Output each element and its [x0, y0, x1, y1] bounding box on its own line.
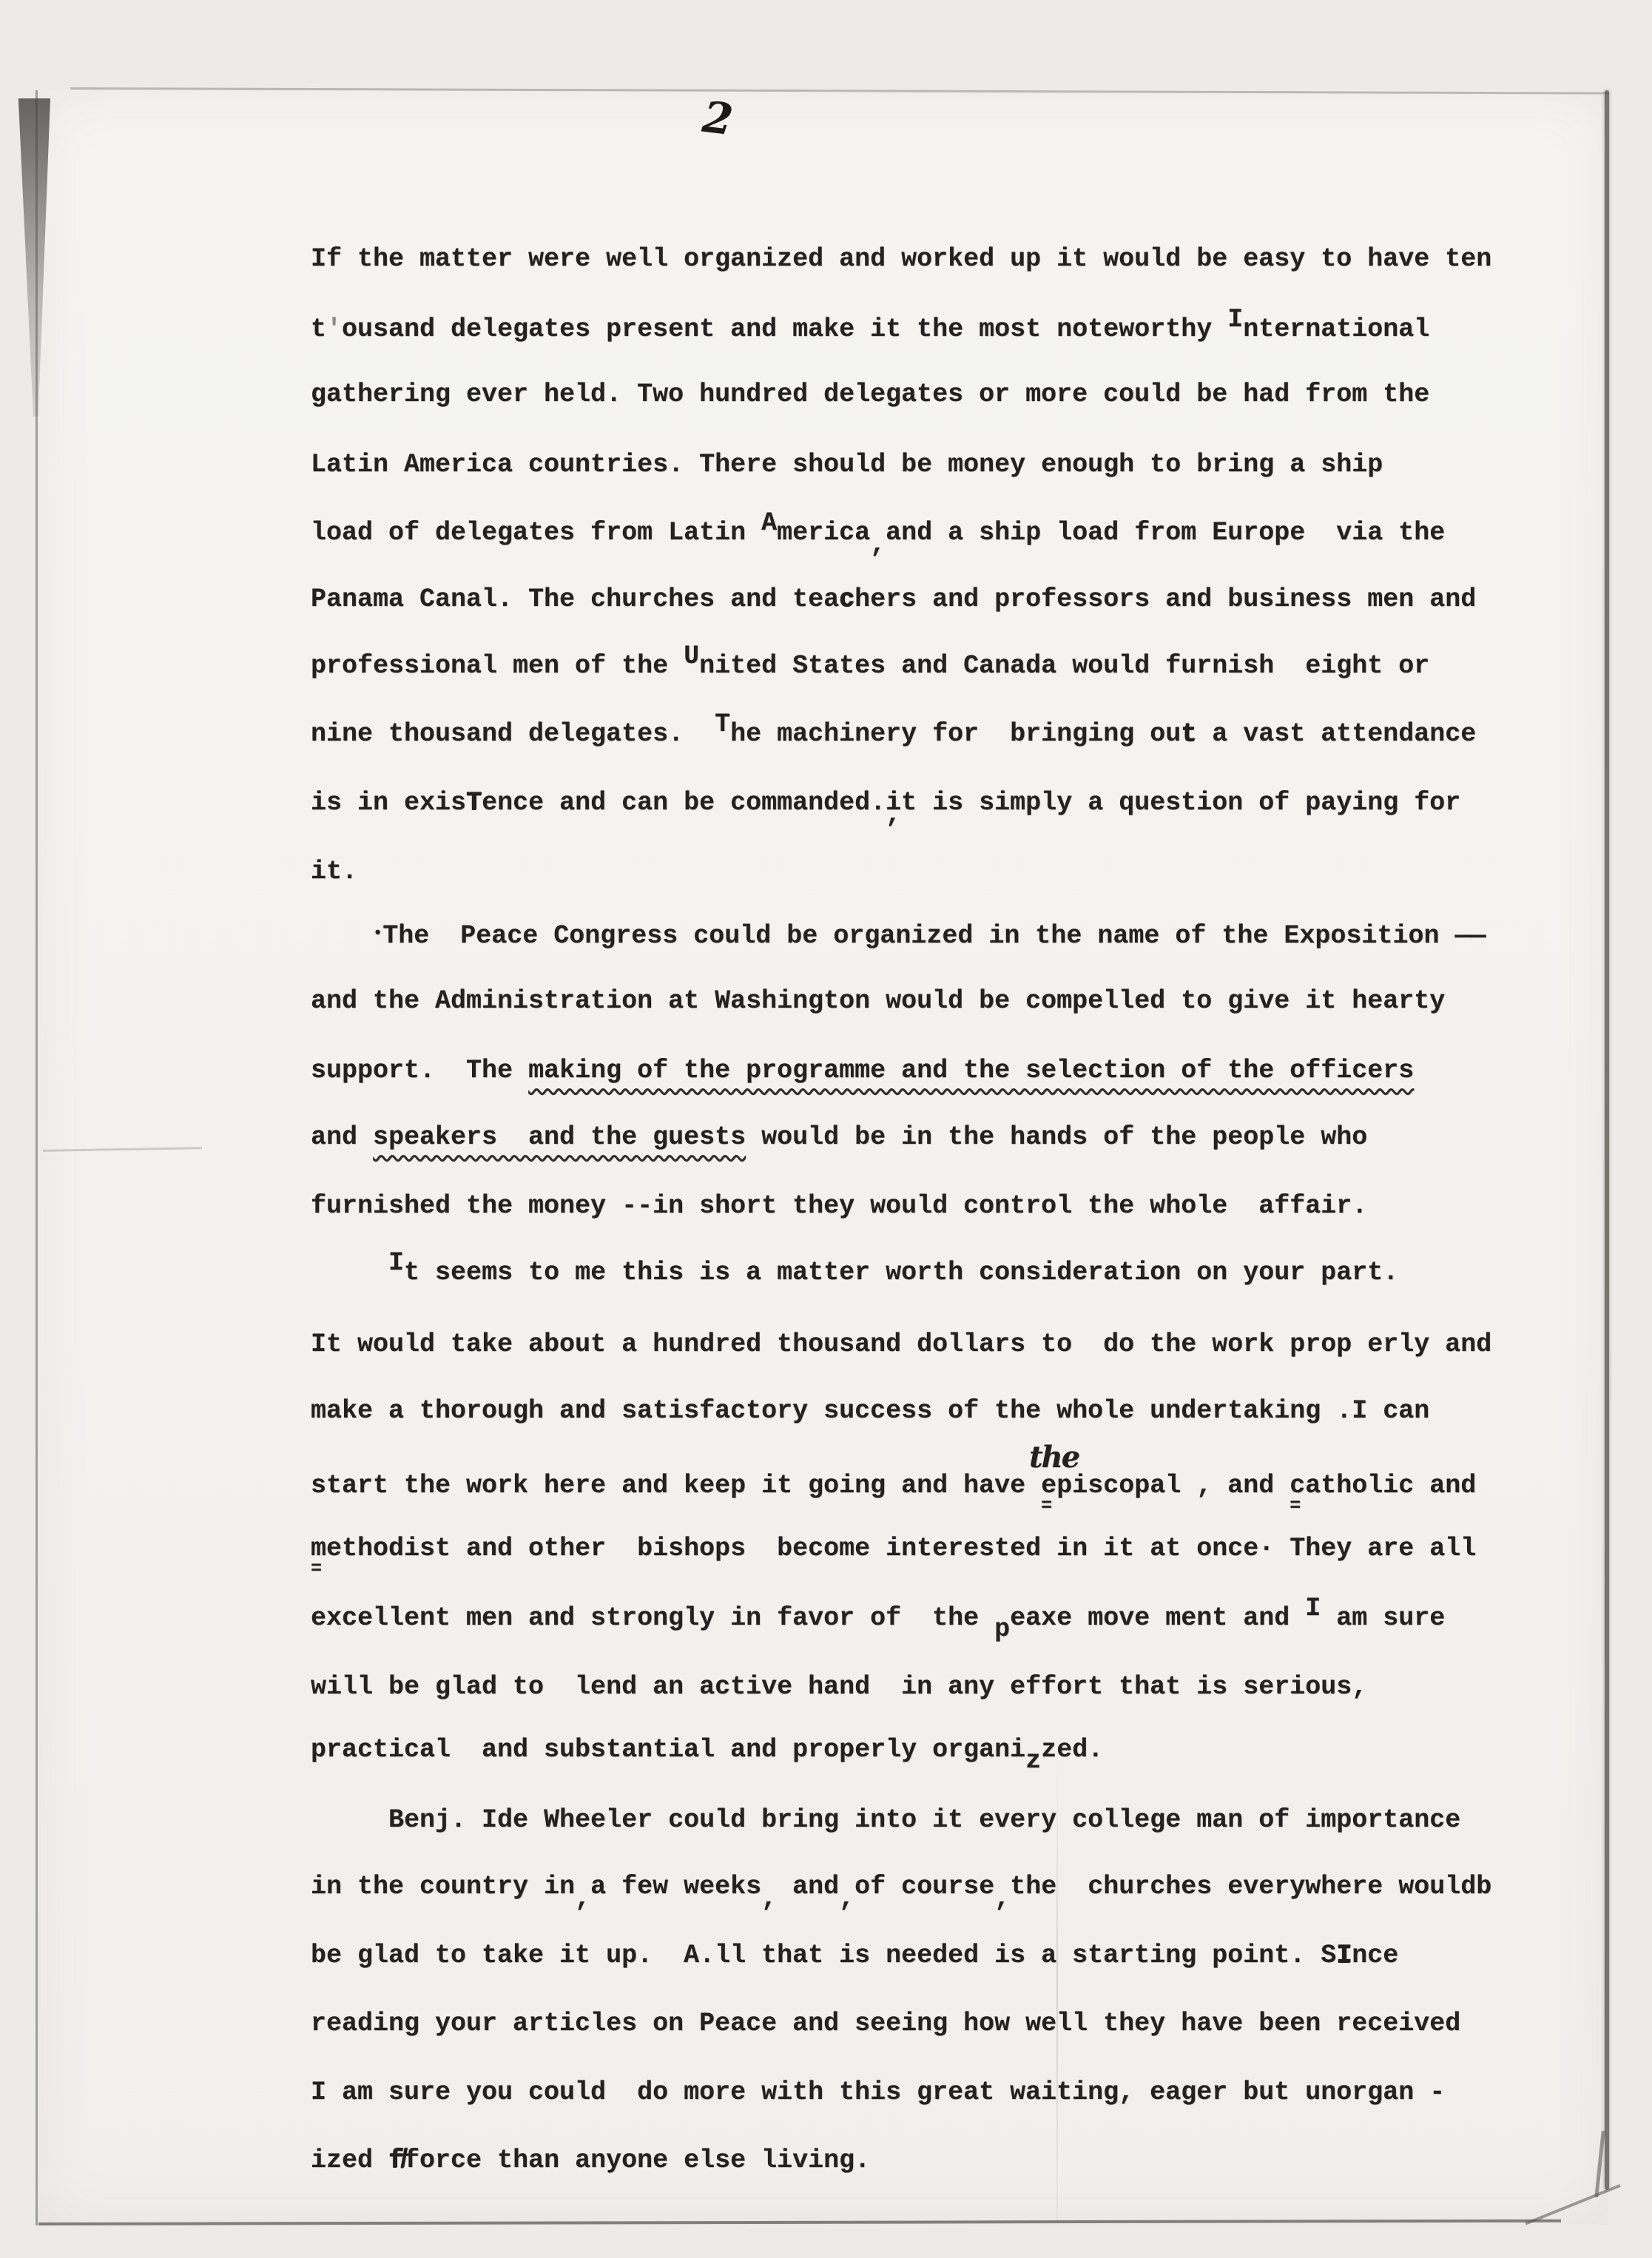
text-line: support. The making of the programme and… — [311, 1056, 1414, 1085]
text-line: will be glad to lend an active hand in a… — [311, 1672, 1367, 1702]
text-line: ized f̸force than anyone else living. — [311, 2146, 870, 2175]
text-line: reading your articles on Peace and seein… — [311, 2009, 1460, 2038]
text-line: be glad to take it up. A.ll that is need… — [311, 1941, 1398, 1970]
text-line: t'ousand delegates present and make it t… — [311, 314, 1429, 344]
scanned-letter-page: 2 If the matter were well organized and … — [0, 0, 1652, 2258]
text-line: start the work here and keep it going an… — [311, 1465, 1476, 1500]
typed-text-block: If the matter were well organized and wo… — [0, 0, 1652, 2258]
text-line: and speakers and the guests would be in … — [311, 1122, 1367, 1152]
text-line: load of delegates from Latin America, an… — [311, 518, 1445, 547]
text-line: it. — [311, 857, 357, 886]
text-line: nine thousand delegates. The machinery f… — [311, 719, 1476, 749]
text-line: in the country in, a few weeks, and, of … — [311, 1872, 1491, 1901]
text-line: excellent men and strongly in favor of t… — [311, 1603, 1445, 1633]
text-line: gathering ever held. Two hundred delegat… — [311, 380, 1429, 409]
text-line: It seems to me this is a matter worth co… — [311, 1258, 1398, 1287]
text-line: is in exisTence and can be commanded.,it… — [311, 788, 1460, 818]
text-line: Panama Canal. The churches and teachers … — [311, 584, 1476, 614]
text-line: furnished the money --in short they woul… — [311, 1191, 1367, 1221]
text-line: Benj. Ide Wheeler could bring into it ev… — [311, 1805, 1460, 1835]
text-line: It would take about a hundred thousand d… — [311, 1329, 1491, 1359]
text-line: make a thorough and satisfactory success… — [311, 1396, 1429, 1426]
text-line: methodist and other bishops become inter… — [311, 1534, 1476, 1563]
text-line: If the matter were well organized and wo… — [311, 244, 1491, 274]
text-line: and the Administration at Washington wou… — [311, 986, 1445, 1016]
text-line: •The Peace Congress could be organized i… — [311, 921, 1486, 951]
text-line: I am sure you could do more with this gr… — [311, 2077, 1445, 2107]
text-line: practical and substantial and properly o… — [311, 1735, 1103, 1765]
text-line: professional men of the United States an… — [311, 651, 1429, 681]
text-line: Latin America countries. There should be… — [311, 450, 1383, 479]
